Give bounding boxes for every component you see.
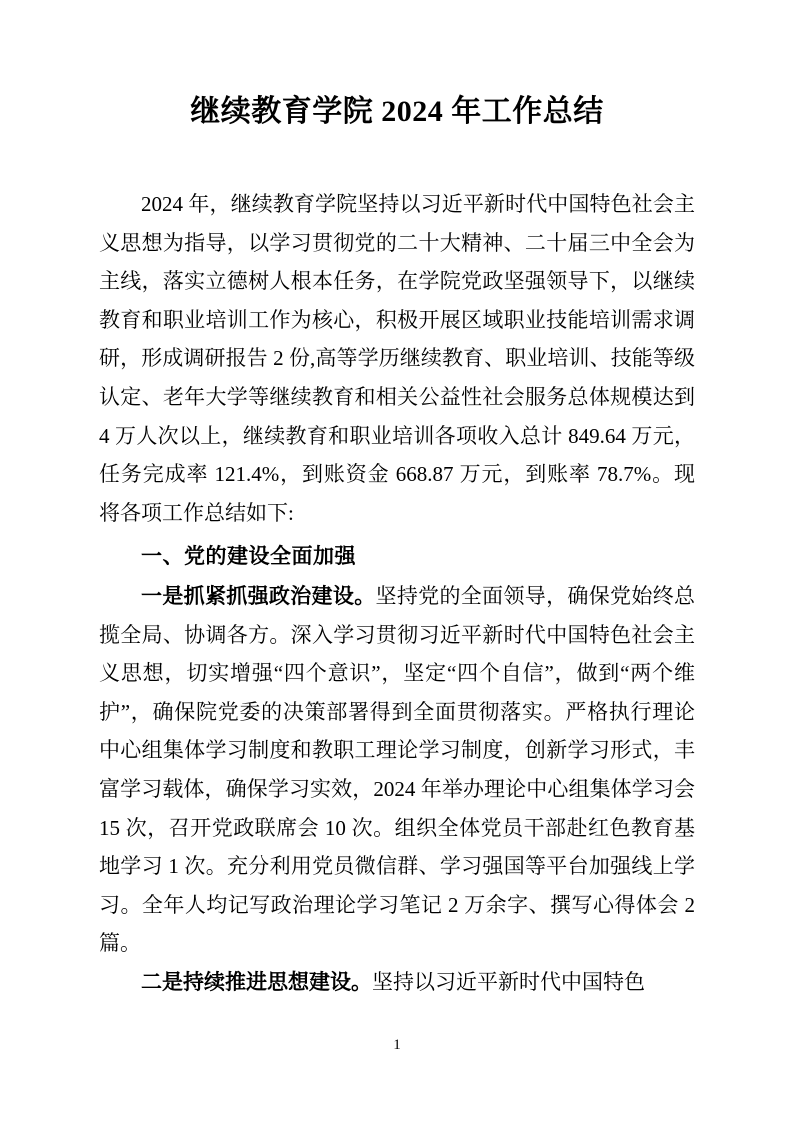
paragraph-lead: 二是持续推进思想建设。 <box>141 970 372 994</box>
document-title: 继续教育学院 2024 年工作总结 <box>99 88 695 136</box>
intro-paragraph: 2024 年，继续教育学院坚持以习近平新时代中国特色社会主义思想为指导，以学习贯… <box>99 185 695 532</box>
paragraph-text: 坚持党的全面领导，确保党始终总揽全局、协调各方。深入学习贯彻习近平新时代中国特色… <box>99 584 695 955</box>
paragraph-lead: 一是抓紧抓强政治建设。 <box>141 584 376 608</box>
document-page: 继续教育学院 2024 年工作总结 2024 年，继续教育学院坚持以习近平新时代… <box>0 0 794 1123</box>
page-number: 1 <box>0 1035 794 1055</box>
paragraph-ideological-construction: 二是持续推进思想建设。坚持以习近平新时代中国特色 <box>99 963 695 1002</box>
document-content: 继续教育学院 2024 年工作总结 2024 年，继续教育学院坚持以习近平新时代… <box>99 88 695 1001</box>
paragraph-text: 坚持以习近平新时代中国特色 <box>372 970 645 994</box>
paragraph-political-construction: 一是抓紧抓强政治建设。坚持党的全面领导，确保党始终总揽全局、协调各方。深入学习贯… <box>99 577 695 963</box>
section-heading-party-building: 一、党的建设全面加强 <box>99 538 695 577</box>
